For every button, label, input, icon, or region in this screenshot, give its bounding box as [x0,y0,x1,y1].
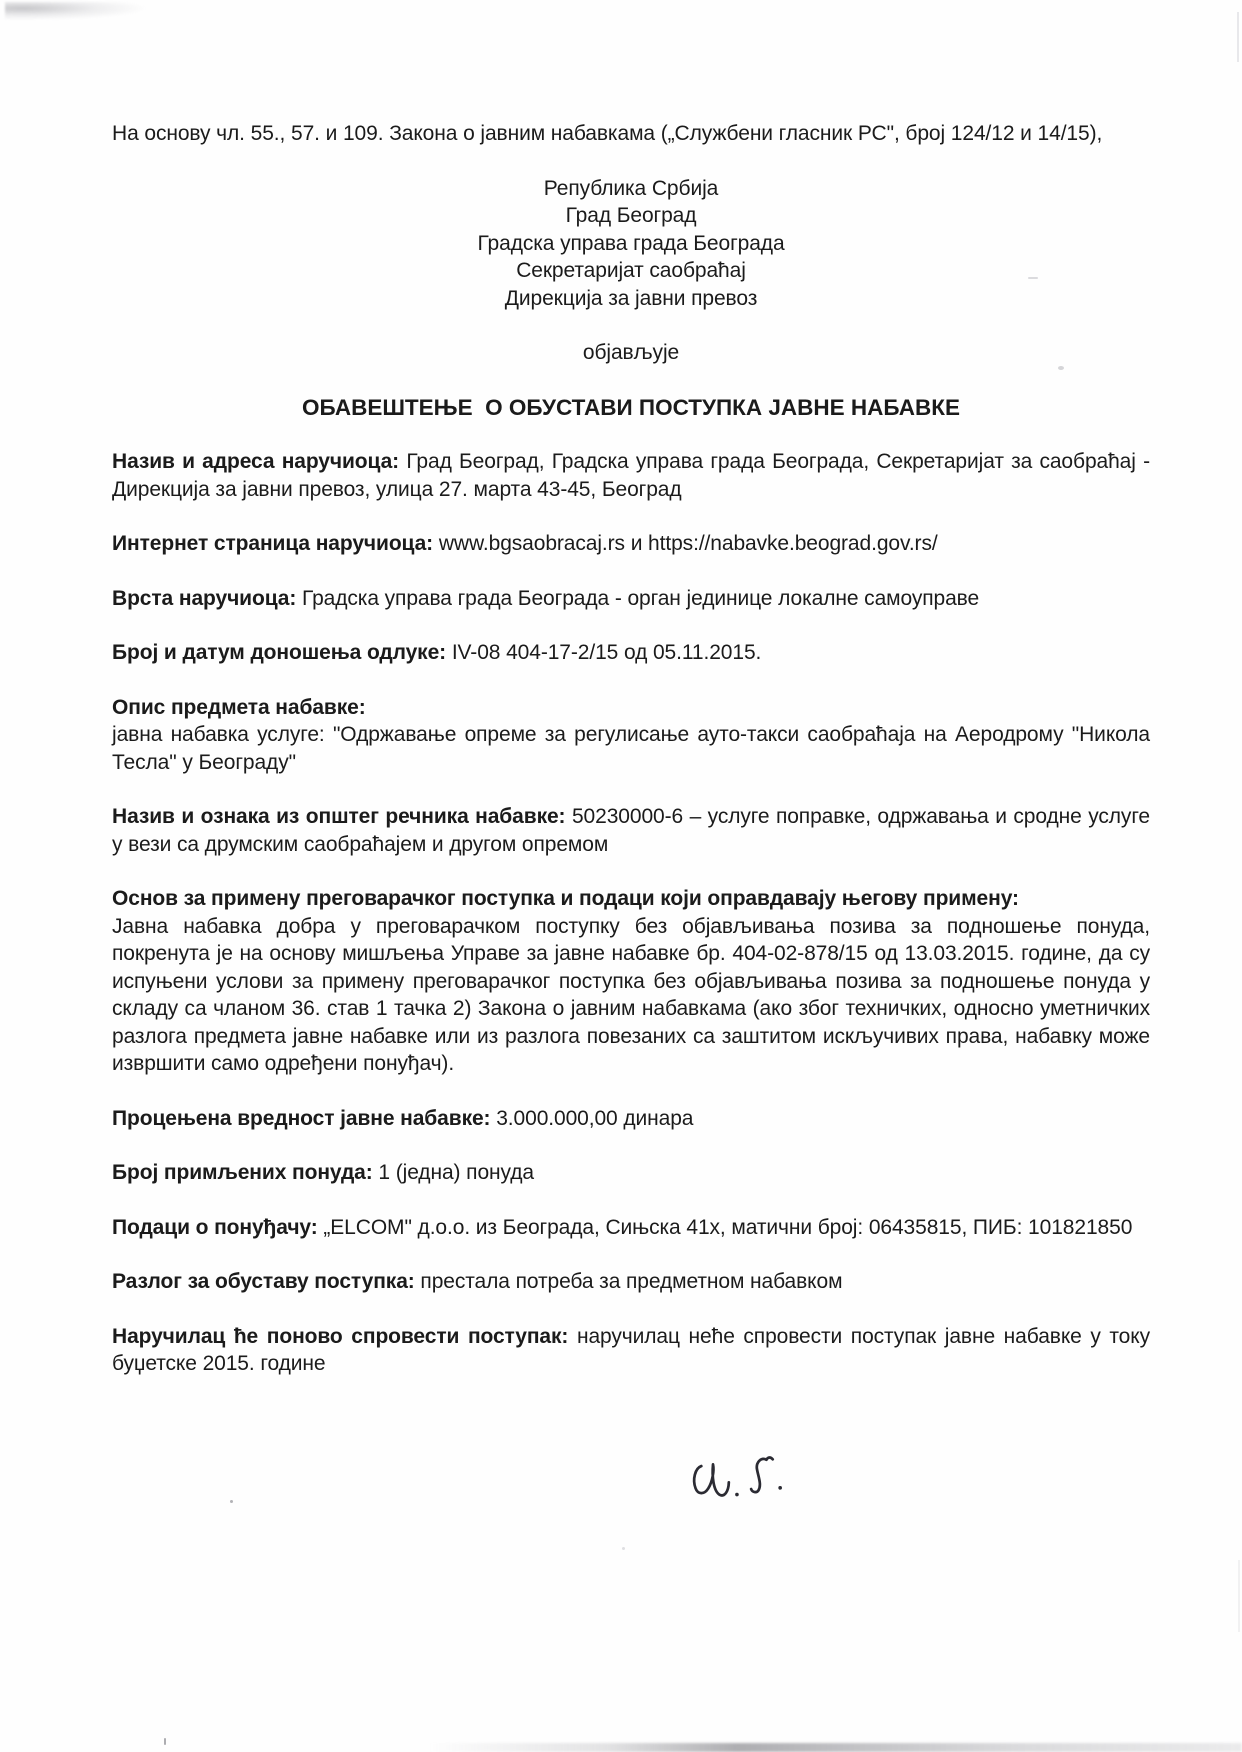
section-label: Назив и адреса наручиоца: [112,450,399,473]
scan-speck [230,1500,233,1503]
scan-speck [1058,366,1064,370]
scan-speck [1028,277,1038,279]
scan-speck [622,1547,625,1550]
section-label: Подаци о понуђачу: [112,1216,318,1239]
section-label: Број примљених понуда: [112,1161,373,1184]
scan-edge-mark [1238,1560,1240,1632]
section-bidder-info: Подаци о понуђачу: „ELCOM" д.о.о. из Бео… [112,1214,1150,1242]
section-text: престала потреба за предметном набавком [420,1270,842,1293]
section-label: Наручилац ће поново спровести поступак: [112,1325,568,1348]
section-text: Градска управа града Београда - орган је… [302,587,979,610]
section-repeat-procedure: Наручилац ће поново спровести поступак: … [112,1323,1150,1378]
issuer-line-republic: Република Србија [112,175,1150,203]
intro-text: На основу чл. 55., 57. и 109. Закона о ј… [112,122,1102,145]
issuer-line-directorate: Дирекција за јавни превоз [112,285,1150,313]
section-label: Опис предмета набавке: [112,694,1150,722]
section-label: Број и датум доношења одлуке: [112,641,446,664]
section-text: „ELCOM" д.о.о. из Београда, Сињска 41х, … [323,1216,1132,1239]
scan-edge-mark [1237,12,1239,62]
announce-text: објављује [112,339,1150,367]
section-suspension-reason: Разлог за обуставу поступка: престала по… [112,1268,1150,1296]
section-label: Основ за примену преговарачког поступка … [112,885,1150,913]
issuer-line-secretariat: Секретаријат саобраћај [112,257,1150,285]
section-text: 1 (једна) понуда [378,1161,534,1184]
section-text: www.bgsaobracaj.rs и https://nabavke.beo… [439,532,938,555]
scan-speck [164,1738,166,1745]
document-title: ОБАВЕШТЕЊЕ О ОБУСТАВИ ПОСТУПКА ЈАВНЕ НАБ… [112,394,1150,422]
section-buyer-type: Врста наручиоца: Градска управа града Бе… [112,585,1150,613]
issuer-line-administration: Градска управа града Београда [112,230,1150,258]
section-label: Процењена вредност јавне набавке: [112,1107,490,1130]
scan-smudge-bottom [428,1743,1242,1752]
scan-smudge-top-left [5,2,145,20]
section-label: Врста наручиоца: [112,587,296,610]
section-buyer-website: Интернет страница наручиоца: www.bgsaobr… [112,530,1150,558]
document-content: На основу чл. 55., 57. и 109. Закона о ј… [112,120,1150,1405]
issuer-line-city: Град Београд [112,202,1150,230]
issuer-block: Република Србија Град Београд Градска уп… [112,175,1150,313]
scanned-document-page: На основу чл. 55., 57. и 109. Закона о ј… [0,0,1242,1752]
section-estimated-value: Процењена вредност јавне набавке: 3.000.… [112,1105,1150,1133]
handwritten-initials-signature-icon [688,1448,806,1516]
section-text: јавна набавка услуге: "Одржавање опреме … [112,723,1150,774]
section-label: Интернет страница наручиоца: [112,532,433,555]
section-cpv-code: Назив и ознака из општег речника набавке… [112,803,1150,858]
section-label: Разлог за обуставу поступка: [112,1270,415,1293]
section-procurement-description: Опис предмета набавке: јавна набавка усл… [112,694,1150,777]
section-buyer-name-address: Назив и адреса наручиоца: Град Београд, … [112,448,1150,503]
section-decision-number-date: Број и датум доношења одлуке: IV-08 404-… [112,639,1150,667]
section-text: Јавна набавка добра у преговарачком пост… [112,915,1150,1076]
section-bids-received: Број примљених понуда: 1 (једна) понуда [112,1159,1150,1187]
section-negotiation-basis: Основ за примену преговарачког поступка … [112,885,1150,1078]
section-text: IV-08 404-17-2/15 од 05.11.2015. [452,641,761,664]
section-label: Назив и ознака из општег речника набавке… [112,805,565,828]
section-text: 3.000.000,00 динара [496,1107,693,1130]
intro-paragraph: На основу чл. 55., 57. и 109. Закона о ј… [112,120,1150,148]
